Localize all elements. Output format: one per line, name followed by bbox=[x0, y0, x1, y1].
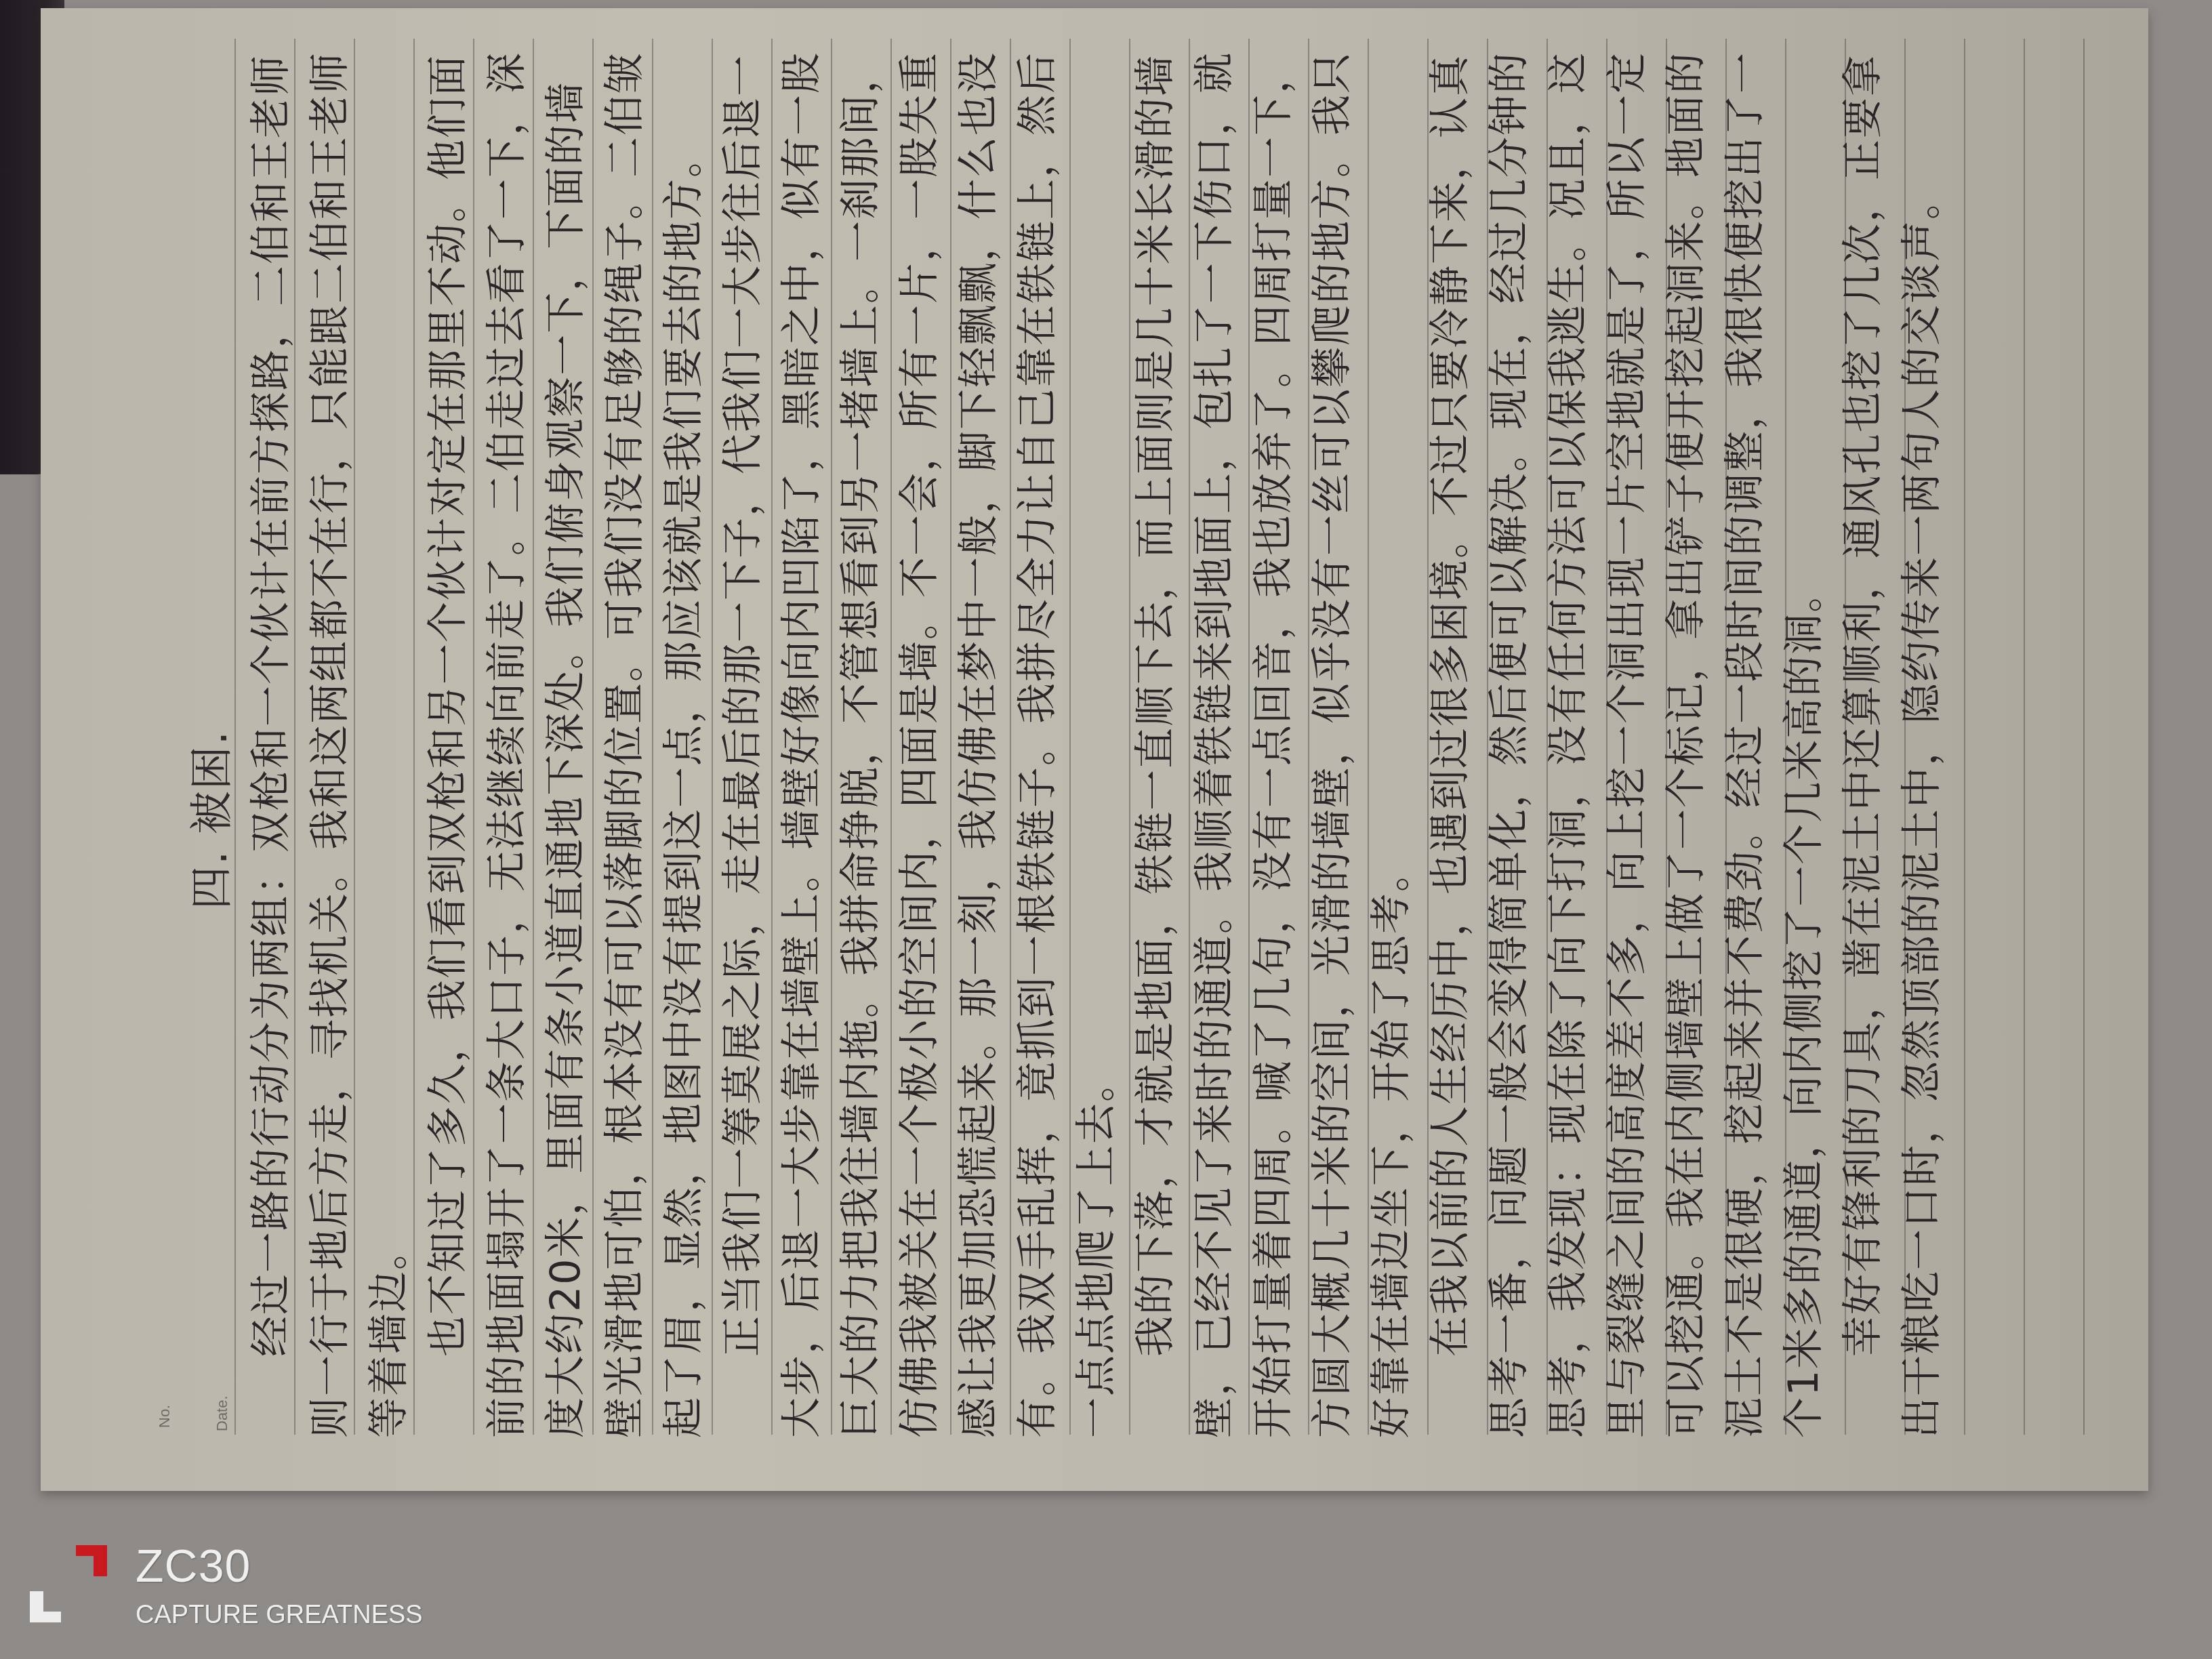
paragraph: 我的下落，才就是地面，铁链一直顺下去，而上面则是几十米长滑的墙壁，已经不见了来时… bbox=[1126, 42, 1421, 1438]
printed-label-no: No. bbox=[156, 1405, 173, 1428]
paragraph: 在我以前的人生经历中，也遇到过很多困境。不过只要冷静下来，认真思考一番，问题一般… bbox=[1421, 42, 1834, 1438]
page-margin bbox=[129, 39, 176, 1435]
watermark-model: ZC30 bbox=[136, 1540, 251, 1593]
paragraph: 也不知过了多久，我们看到双枪和另一个伙计对定在那里不动。他们面前的地面塌开了一条… bbox=[419, 42, 714, 1438]
watermark-slogan: CAPTURE GREATNESS bbox=[136, 1601, 423, 1630]
watermark-logo-white-corner-icon bbox=[30, 1591, 61, 1622]
watermark-logo-red-corner-icon bbox=[76, 1545, 107, 1576]
paragraph: 经过一路的行动分为两组：双枪和一个伙计在前方探路，二伯和王老师则一行于地后方走，… bbox=[242, 42, 419, 1438]
paragraph: 正当我们一筹莫展之际，走在最后的那一下子，代我们一大步往后退一大步，后退一大步靠… bbox=[714, 42, 1126, 1438]
handwritten-text: 四. 被困. 经过一路的行动分为两组：双枪和一个伙计在前方探路，二伯和王老师则一… bbox=[183, 42, 2108, 1438]
paragraph: 幸好有锋利的刀具，凿在泥土中还算顺利，通风孔也挖了几次，正要拿出干粮吃一口时，忽… bbox=[1834, 42, 1952, 1438]
notebook-page: No. Date. 四. 被困. 经过一路的行动分为两组：双枪和一个伙计在前方探… bbox=[41, 8, 2148, 1491]
chapter-title: 四. 被困. bbox=[183, 42, 242, 1438]
